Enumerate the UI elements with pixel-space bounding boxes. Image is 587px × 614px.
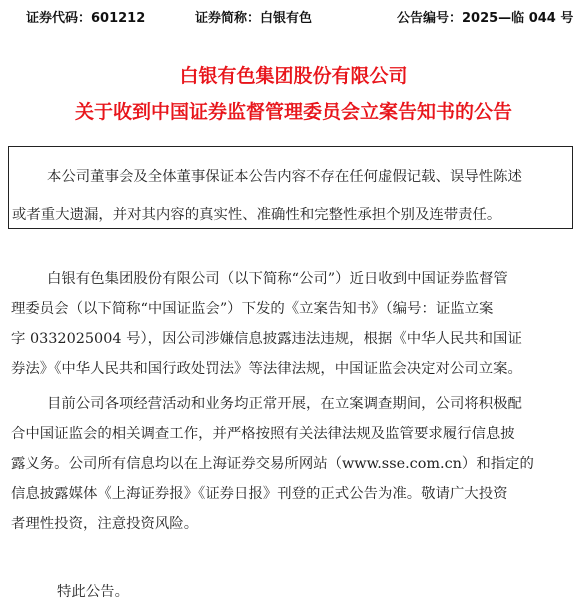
notice-line: 本公司董事会及全体董事保证本公告内容不存在任何虚假记载、误导性陈述	[47, 165, 522, 186]
security-code: 证券代码：601212	[26, 7, 145, 26]
paragraph-line: 券法》《中华人民共和国行政处罚法》等法律法规，中国证监会决定对公司立案。	[11, 357, 522, 378]
security-name: 证券简称：白银有色	[195, 7, 312, 26]
paragraph-line: 理委员会（以下简称“中国证监会”）下发的《立案告知书》（编号：证监立案	[11, 297, 493, 318]
paragraph-line: 白银有色集团股份有限公司（以下简称“公司”）近日收到中国证券监督管	[47, 267, 508, 288]
paragraph-line: 露义务。公司所有信息均以在上海证券交易所网站（www.sse.com.cn）和指…	[11, 452, 534, 473]
paragraph-line: 合中国证监会的相关调查工作，并严格按照有关法律法规及监管要求履行信息披	[11, 422, 515, 443]
company-title: 白银有色集团股份有限公司	[0, 61, 587, 88]
announcement-header: 证券代码：601212 证券简称：白银有色 公告编号：2025—临 044 号	[0, 7, 587, 27]
paragraph-line: 者理性投资，注意投资风险。	[11, 512, 198, 533]
announcement-number: 公告编号：2025—临 044 号	[397, 7, 573, 26]
paragraph-line: 信息披露媒体《上海证券报》《证券日报》刊登的正式公告为准。敬请广大投资	[11, 482, 507, 503]
announcement-title: 关于收到中国证券监督管理委员会立案告知书的公告	[0, 97, 587, 124]
notice-line: 或者重大遗漏，并对其内容的真实性、准确性和完整性承担个别及连带责任。	[12, 203, 501, 224]
sign-off: 特此公告。	[57, 580, 129, 601]
paragraph-line: 目前公司各项经营活动和业务均正常开展，在立案调查期间，公司将积极配	[47, 392, 522, 413]
paragraph-line: 字 0332025004 号），因公司涉嫌信息披露违法违规，根据《中华人民共和国…	[11, 327, 522, 348]
board-guarantee-notice: 本公司董事会及全体董事保证本公告内容不存在任何虚假记载、误导性陈述 或者重大遗漏…	[8, 146, 573, 229]
